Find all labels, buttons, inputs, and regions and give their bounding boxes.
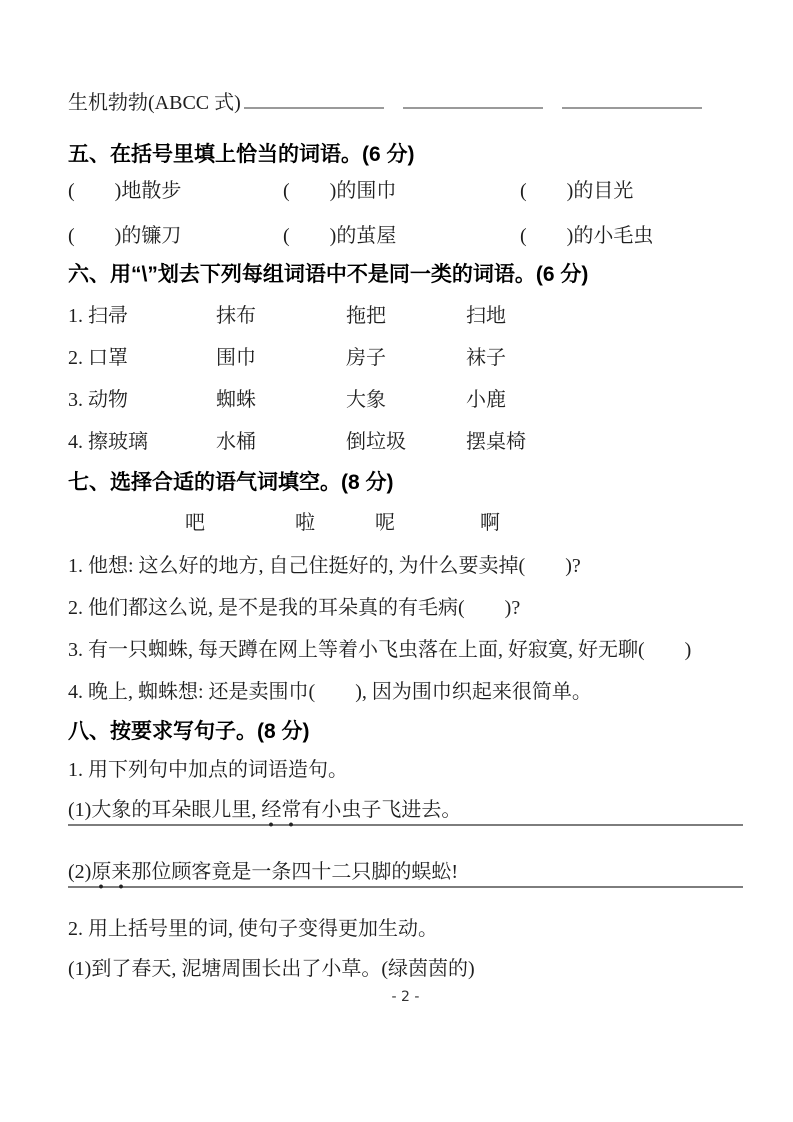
sentence-suffix: 那位顾客竟是一条四十二只脚的蜈蚣! <box>131 861 458 883</box>
blank-line-2 <box>403 102 543 109</box>
word-item: 大象 <box>346 387 466 414</box>
section-8-title: 八、按要求写句子。(8 分) <box>68 718 743 745</box>
word-item: 水桶 <box>216 429 346 456</box>
section-8-subtask-2: 2. 用上括号里的词, 使句子变得更加生动。 <box>68 916 743 943</box>
sentence-prefix: (1)大象的耳朵眼儿里, <box>68 799 261 821</box>
section-7-item-4: 4. 晚上, 蜘蛛想: 还是卖围巾( ), 因为围巾织起来很简单。 <box>68 679 743 706</box>
section-5-row-1: ( )地散步 ( )的围巾 ( )的目光 <box>68 178 743 205</box>
word-item: 倒垃圾 <box>346 429 466 456</box>
word-item: 扫地 <box>466 303 743 330</box>
idiom-prompt: 生机勃勃(ABCC 式) <box>68 92 241 114</box>
section-6-row-4: 4. 擦玻璃 水桶 倒垃圾 摆桌椅 <box>68 429 743 456</box>
section-7-item-2: 2. 他们都这么说, 是不是我的耳朵真的有毛病( )? <box>68 595 743 622</box>
section-5-title: 五、在括号里填上恰当的词语。(6 分) <box>68 141 743 168</box>
word-item: 3. 动物 <box>68 387 216 414</box>
section-7-title: 七、选择合适的语气词填空。(8 分) <box>68 469 743 496</box>
section-6-title: 六、用“\”划去下列每组词语中不是同一类的词语。(6 分) <box>68 261 743 288</box>
blank-line-1 <box>244 102 384 109</box>
answer-line-1 <box>68 824 743 826</box>
test-paper-page: 生机勃勃(ABCC 式) 五、在括号里填上恰当的词语。(6 分) ( )地散步 … <box>0 0 793 1122</box>
word-item: 蜘蛛 <box>216 387 346 414</box>
sentence-prefix: (2) <box>68 861 91 883</box>
tone-word-options: 吧 啦 呢 啊 <box>68 510 743 537</box>
word-item: 围巾 <box>216 345 346 372</box>
section-6-row-2: 2. 口罩 围巾 房子 袜子 <box>68 345 743 372</box>
sentence-suffix: 有小虫子飞进去。 <box>301 799 461 821</box>
emphasized-word: 原来 <box>91 861 131 889</box>
fill-phrase: ( )的小毛虫 <box>520 223 743 250</box>
word-item: 抹布 <box>216 303 346 330</box>
word-item: 房子 <box>346 345 466 372</box>
fill-phrase: ( )的镰刀 <box>68 223 283 250</box>
section-8-subtask-1: 1. 用下列句中加点的词语造句。 <box>68 757 743 784</box>
word-item: 2. 口罩 <box>68 345 216 372</box>
blank-line-3 <box>562 102 702 109</box>
sentence-q2: (2)原来那位顾客竟是一条四十二只脚的蜈蚣! <box>68 859 743 886</box>
section-7-item-3: 3. 有一只蜘蛛, 每天蹲在网上等着小飞虫落在上面, 好寂寞, 好无聊( ) <box>68 637 743 664</box>
fill-phrase: ( )的目光 <box>520 178 743 205</box>
fill-phrase: ( )地散步 <box>68 178 283 205</box>
sentence-q3: (1)到了春天, 泥塘周围长出了小草。(绿茵茵的) <box>68 956 743 983</box>
fill-phrase: ( )的围巾 <box>283 178 520 205</box>
tone-word-option: 啦 <box>295 510 315 537</box>
section-6-row-3: 3. 动物 蜘蛛 大象 小鹿 <box>68 387 743 414</box>
tone-word-option: 啊 <box>480 510 500 537</box>
fill-phrase: ( )的茧屋 <box>283 223 520 250</box>
emphasized-word: 经常 <box>261 799 301 827</box>
word-item: 1. 扫帚 <box>68 303 216 330</box>
page-number: - 2 - <box>68 987 743 1007</box>
word-item: 袜子 <box>466 345 743 372</box>
idiom-fill-line: 生机勃勃(ABCC 式) <box>68 90 743 117</box>
word-item: 摆桌椅 <box>466 429 743 456</box>
tone-word-option: 呢 <box>375 510 395 537</box>
section-7-item-1: 1. 他想: 这么好的地方, 自己住挺好的, 为什么要卖掉( )? <box>68 553 743 580</box>
word-item: 拖把 <box>346 303 466 330</box>
answer-line-2 <box>68 886 743 888</box>
word-item: 4. 擦玻璃 <box>68 429 216 456</box>
tone-word-option: 吧 <box>185 510 205 537</box>
section-6-row-1: 1. 扫帚 抹布 拖把 扫地 <box>68 303 743 330</box>
sentence-q1: (1)大象的耳朵眼儿里, 经常有小虫子飞进去。 <box>68 797 743 824</box>
word-item: 小鹿 <box>466 387 743 414</box>
section-5-row-2: ( )的镰刀 ( )的茧屋 ( )的小毛虫 <box>68 223 743 250</box>
